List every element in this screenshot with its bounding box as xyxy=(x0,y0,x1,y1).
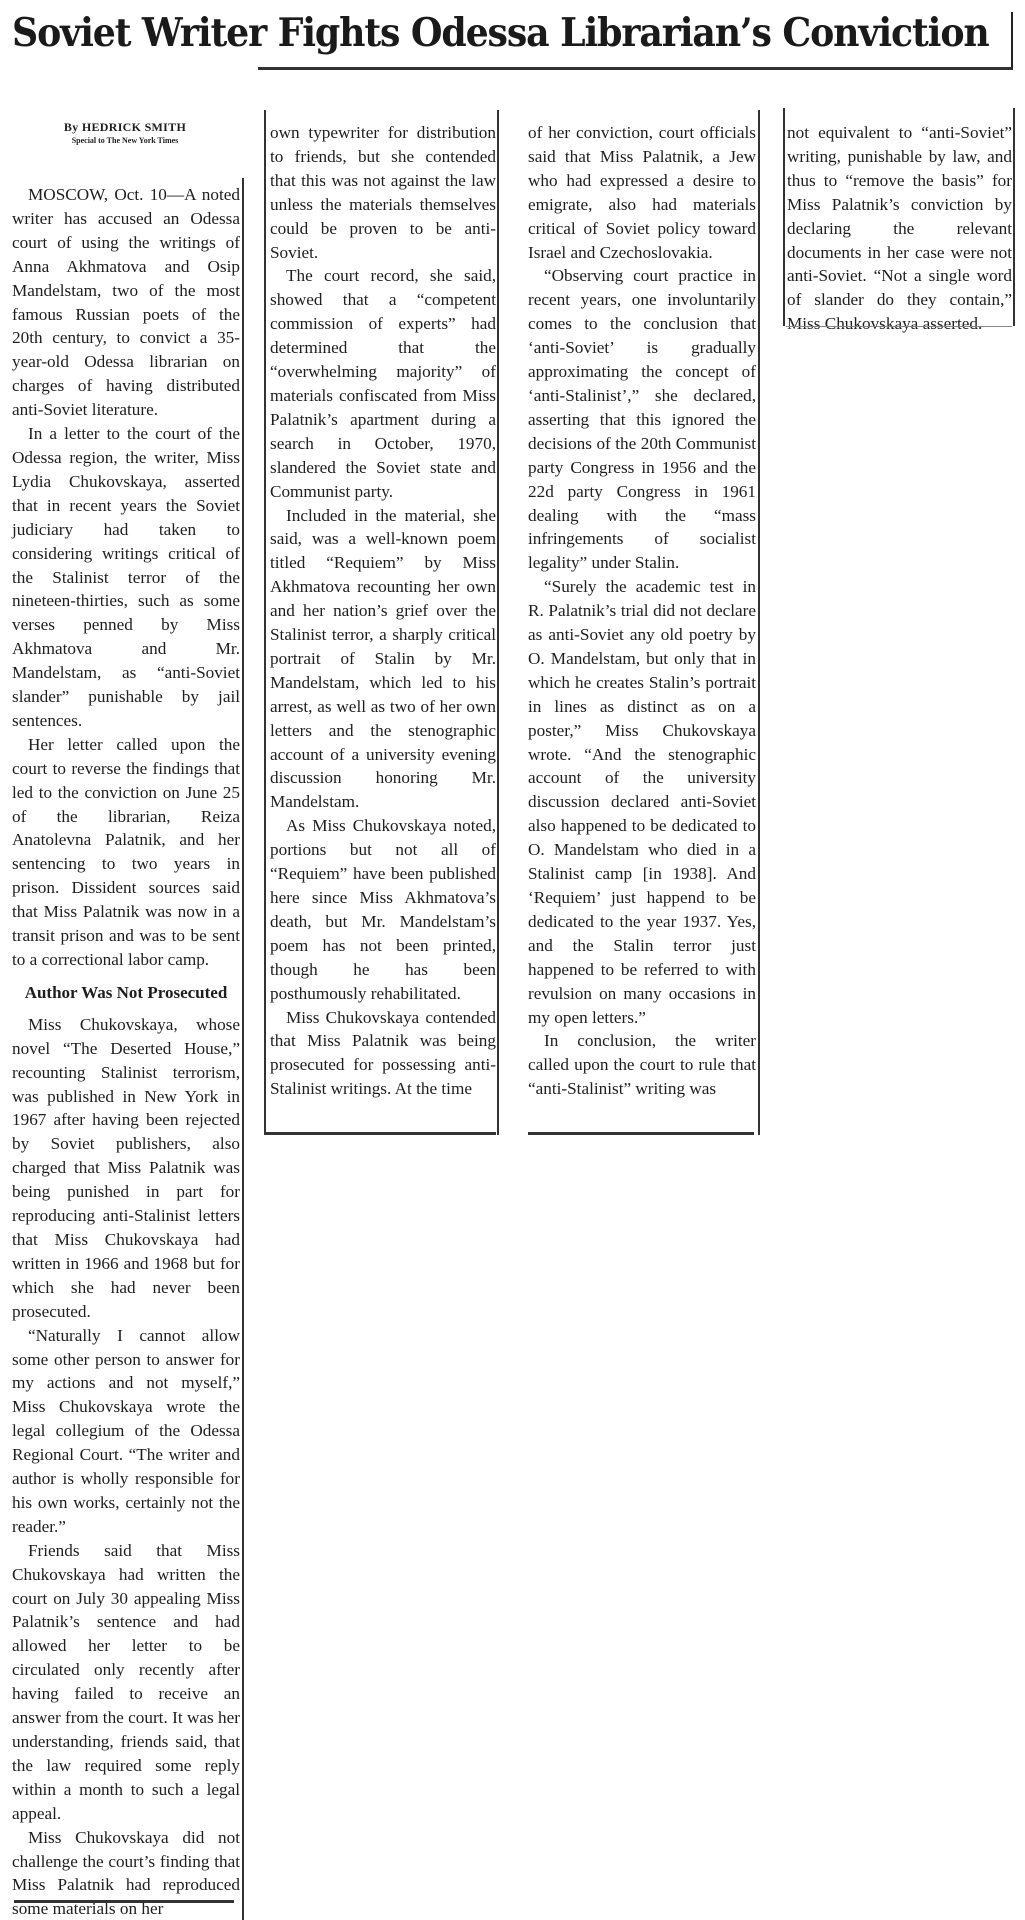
paragraph: Included in the material, she said, was … xyxy=(270,504,496,815)
column-rule xyxy=(242,178,244,1920)
headline: Soviet Writer Fights Odessa Librarian’s … xyxy=(12,8,942,58)
paragraph: The court record, she said, showed that … xyxy=(270,264,496,503)
column-end-rule xyxy=(266,1132,496,1135)
column-rule xyxy=(264,110,266,1135)
paragraph: not equivalent to “anti-Soviet” writing,… xyxy=(787,121,1012,336)
column-rule xyxy=(758,110,760,1135)
headline-rule-vertical xyxy=(1011,12,1013,70)
paragraph: Friends said that Miss Chukovskaya had w… xyxy=(12,1539,240,1826)
paragraph: own typewriter for distribution to frien… xyxy=(270,121,496,264)
article-column-1: MOSCOW, Oct. 10—A noted writer has accus… xyxy=(12,183,240,1920)
paragraph: Miss Chukovskaya did not challenge the c… xyxy=(12,1826,240,1920)
byline-credit: Special to The New York Times xyxy=(50,136,200,145)
paragraph: As Miss Chukovskaya noted, portions but … xyxy=(270,814,496,1005)
paragraph: Miss Chukovskaya contended that Miss Pal… xyxy=(270,1006,496,1102)
paragraph: “Observing court practice in recent year… xyxy=(528,264,756,575)
paragraph: In conclusion, the writer called upon th… xyxy=(528,1029,756,1101)
paragraph: MOSCOW, Oct. 10—A noted writer has accus… xyxy=(12,183,240,422)
subheading: Author Was Not Prosecuted xyxy=(12,981,240,1005)
column-end-rule xyxy=(786,326,1012,327)
article-column-3: of her conviction, court officials said … xyxy=(528,121,756,1101)
paragraph: “Naturally I cannot allow some other per… xyxy=(12,1324,240,1539)
column-end-rule xyxy=(528,1132,754,1135)
byline-author: By HEDRICK SMITH xyxy=(50,120,200,135)
article-column-2: own typewriter for distribution to frien… xyxy=(270,121,496,1101)
headline-rule xyxy=(258,67,1012,70)
column-rule xyxy=(497,110,499,1135)
paragraph: Her letter called upon the court to reve… xyxy=(12,733,240,972)
paragraph: of her conviction, court officials said … xyxy=(528,121,756,264)
byline: By HEDRICK SMITH Special to The New York… xyxy=(50,120,200,145)
article-column-4: not equivalent to “anti-Soviet” writing,… xyxy=(787,121,1012,336)
paragraph: In a letter to the court of the Odessa r… xyxy=(12,422,240,733)
column-end-rule xyxy=(14,1900,234,1903)
paragraph: Miss Chukovskaya, whose novel “The Deser… xyxy=(12,1013,240,1324)
column-rule xyxy=(1013,108,1015,326)
paragraph: “Surely the academic test in R. Palatnik… xyxy=(528,575,756,1029)
column-rule xyxy=(783,108,785,326)
